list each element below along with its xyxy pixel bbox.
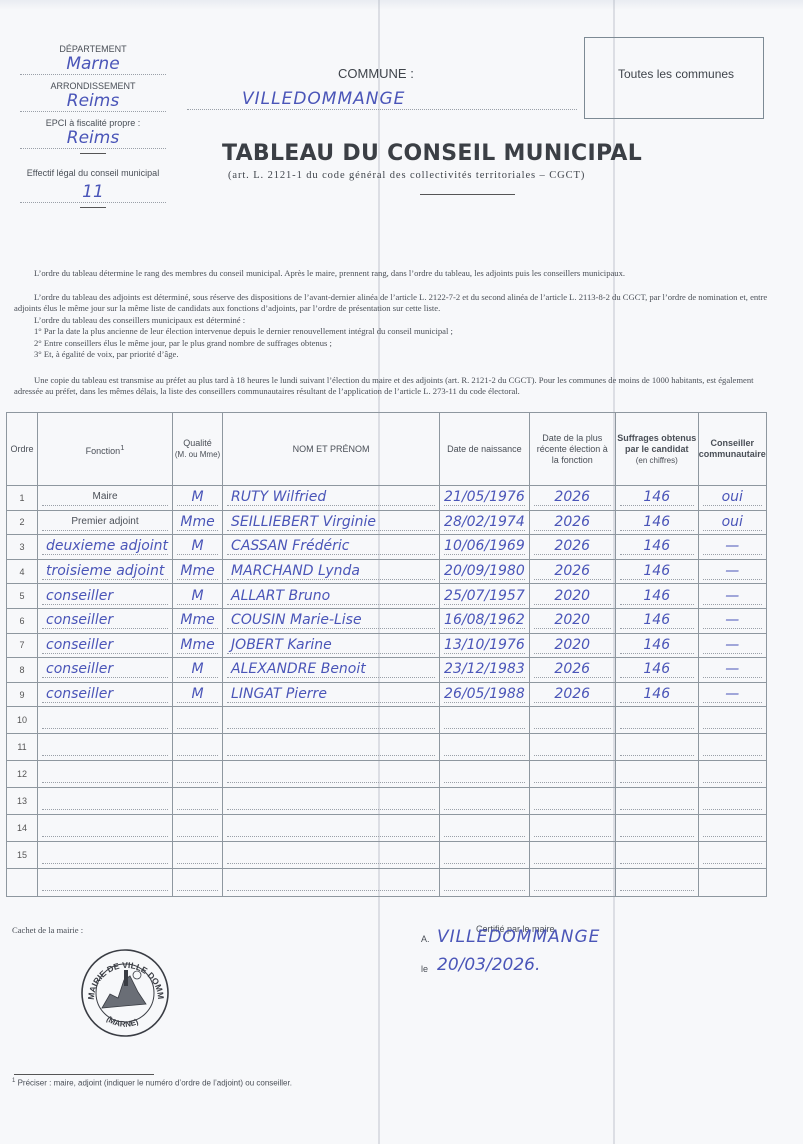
election-field[interactable]: [534, 766, 611, 783]
qualite-field[interactable]: [177, 739, 218, 756]
departement-value[interactable]: Marne: [20, 54, 166, 75]
cell-communautaire: [698, 788, 766, 815]
suffrages-field[interactable]: [620, 820, 694, 837]
commune-type-label: Toutes les communes: [618, 67, 734, 81]
cell-ordre: [7, 869, 38, 897]
cell-election: 2026: [529, 535, 615, 560]
cell-nom: [223, 761, 440, 788]
cell-qualite: M: [173, 682, 223, 707]
fonction-value[interactable]: conseiller: [42, 686, 168, 703]
cell-communautaire: —: [698, 608, 766, 633]
nom-field[interactable]: [227, 766, 435, 783]
cell-qualite: Mme: [173, 608, 223, 633]
cell-fonction: conseiller: [38, 608, 173, 633]
commune-label: COMMUNE :: [338, 66, 414, 81]
svg-text:(MARNE): (MARNE): [105, 1014, 140, 1029]
naissance-value[interactable]: 10/06/1969: [444, 538, 525, 555]
nom-value[interactable]: ALLART Bruno: [227, 588, 435, 605]
cell-suffrages: 146: [615, 658, 698, 683]
ordre-value: 15: [17, 850, 27, 860]
cell-nom: LINGAT Pierre: [223, 682, 440, 707]
cell-election: [529, 707, 615, 734]
naissance-value[interactable]: 28/02/1974: [444, 514, 525, 531]
naissance-field[interactable]: [444, 793, 525, 810]
footnote-divider: [14, 1074, 154, 1075]
communautaire-field[interactable]: [703, 847, 762, 864]
cell-suffrages: 146: [615, 535, 698, 560]
epci-label: EPCI à fiscalité propre :: [18, 118, 168, 128]
cell-ordre: 7: [7, 633, 38, 658]
suffrages-value[interactable]: 146: [620, 637, 694, 654]
nom-field[interactable]: [227, 847, 435, 864]
communautaire-field[interactable]: [703, 820, 762, 837]
cell-qualite: Mme: [173, 510, 223, 535]
cell-nom: ALEXANDRE Benoit: [223, 658, 440, 683]
rule-item: 1° Par la date la plus ancienne de leur …: [14, 326, 774, 337]
nom-field[interactable]: [227, 820, 435, 837]
suffrages-field[interactable]: [620, 874, 694, 891]
suffrages-field[interactable]: [620, 793, 694, 810]
cell-ordre: 5: [7, 584, 38, 609]
cell-naissance: 26/05/1988: [440, 682, 530, 707]
cell-fonction: [38, 815, 173, 842]
cell-suffrages: [615, 869, 698, 897]
cell-suffrages: [615, 815, 698, 842]
communautaire-field[interactable]: [703, 739, 762, 756]
fonction-field[interactable]: [42, 874, 168, 891]
arrondissement-value[interactable]: Reims: [20, 91, 166, 112]
fonction-value[interactable]: conseiller: [42, 612, 168, 629]
cell-communautaire: [698, 707, 766, 734]
ordre-value: 8: [19, 665, 24, 675]
effectif-value[interactable]: 11: [20, 182, 166, 203]
cell-communautaire: —: [698, 559, 766, 584]
cell-naissance: 10/06/1969: [440, 535, 530, 560]
fonction-value[interactable]: Premier adjoint: [42, 514, 168, 531]
suffrages-field[interactable]: [620, 847, 694, 864]
qualite-field[interactable]: [177, 874, 218, 891]
rule-item: 3° Et, à égalité de voix, par priorité d…: [14, 349, 774, 360]
suffrages-field[interactable]: [620, 766, 694, 783]
cell-naissance: 25/07/1957: [440, 584, 530, 609]
qualite-value[interactable]: M: [177, 686, 218, 703]
naissance-value[interactable]: 26/05/1988: [444, 686, 525, 703]
suffrages-value[interactable]: 146: [620, 661, 694, 678]
cell-qualite: M: [173, 535, 223, 560]
qualite-value[interactable]: M: [177, 661, 218, 678]
cell-suffrages: [615, 707, 698, 734]
council-table: Ordre Fonction1 Qualité(M. ou Mme) NOM E…: [6, 412, 767, 897]
header-fonction: Fonction1: [38, 413, 173, 486]
cell-naissance: [440, 707, 530, 734]
table-row: 15: [7, 842, 767, 869]
qualite-field[interactable]: [177, 793, 218, 810]
election-value[interactable]: 2026: [534, 686, 611, 703]
cell-communautaire: [698, 869, 766, 897]
table-row: 4troisieme adjointMmeMARCHAND Lynda20/09…: [7, 559, 767, 584]
header-suffrages: Suffrages obtenus par le candidat(en chi…: [615, 413, 698, 486]
naissance-field[interactable]: [444, 712, 525, 729]
cell-communautaire: —: [698, 682, 766, 707]
fonction-value[interactable]: conseiller: [42, 588, 168, 605]
header-nom: NOM ET PRÉNOM: [223, 413, 440, 486]
table-row: 6conseillerMmeCOUSIN Marie-Lise16/08/196…: [7, 608, 767, 633]
election-value[interactable]: 2026: [534, 563, 611, 580]
cell-ordre: 10: [7, 707, 38, 734]
suffrages-value[interactable]: 146: [620, 489, 694, 506]
naissance-value[interactable]: 25/07/1957: [444, 588, 525, 605]
cell-qualite: [173, 869, 223, 897]
nom-value[interactable]: ALEXANDRE Benoit: [227, 661, 435, 678]
election-value[interactable]: 2026: [534, 661, 611, 678]
cell-ordre: 2: [7, 510, 38, 535]
cell-election: 2026: [529, 658, 615, 683]
fonction-value[interactable]: deuxieme adjoint: [42, 538, 168, 555]
suffrages-value[interactable]: 146: [620, 588, 694, 605]
fonction-field[interactable]: [42, 712, 168, 729]
cell-naissance: [440, 788, 530, 815]
communautaire-value[interactable]: —: [703, 588, 762, 605]
paragraph-adjoints: L’ordre du tableau des adjoints est déte…: [14, 292, 774, 315]
cell-nom: [223, 869, 440, 897]
paragraph-transmission: Une copie du tableau est transmise au pr…: [14, 375, 774, 398]
cell-election: 2026: [529, 486, 615, 511]
cell-communautaire: —: [698, 584, 766, 609]
cell-ordre: 8: [7, 658, 38, 683]
cell-ordre: 14: [7, 815, 38, 842]
naissance-value[interactable]: 21/05/1976: [444, 489, 525, 506]
ordre-value: 10: [17, 715, 27, 725]
table-row: 2Premier adjointMmeSEILLIEBERT Virginie2…: [7, 510, 767, 535]
instructions-transmission: Une copie du tableau est transmise au pr…: [14, 375, 774, 398]
fonction-field[interactable]: [42, 847, 168, 864]
cell-suffrages: [615, 788, 698, 815]
cell-nom: [223, 815, 440, 842]
footnote: 1 Préciser : maire, adjoint (indiquer le…: [12, 1078, 292, 1088]
cell-qualite: M: [173, 486, 223, 511]
cell-fonction: [38, 761, 173, 788]
election-field[interactable]: [534, 874, 611, 891]
cell-nom: [223, 788, 440, 815]
cell-ordre: 12: [7, 761, 38, 788]
cell-naissance: 21/05/1976: [440, 486, 530, 511]
cell-nom: [223, 842, 440, 869]
qualite-value[interactable]: Mme: [177, 612, 218, 629]
suffrages-value[interactable]: 146: [620, 612, 694, 629]
cell-fonction: Premier adjoint: [38, 510, 173, 535]
a-label: A.: [421, 934, 430, 944]
nom-value[interactable]: LINGAT Pierre: [227, 686, 435, 703]
nom-field[interactable]: [227, 739, 435, 756]
cell-naissance: [440, 734, 530, 761]
qualite-value[interactable]: M: [177, 588, 218, 605]
cell-naissance: [440, 842, 530, 869]
cell-qualite: [173, 815, 223, 842]
naissance-value[interactable]: 16/08/1962: [444, 612, 525, 629]
naissance-field[interactable]: [444, 766, 525, 783]
suffrages-value[interactable]: 146: [620, 514, 694, 531]
cell-qualite: [173, 707, 223, 734]
cell-ordre: 15: [7, 842, 38, 869]
cell-ordre: 11: [7, 734, 38, 761]
cell-fonction: troisieme adjoint: [38, 559, 173, 584]
qualite-value[interactable]: Mme: [177, 563, 218, 580]
cell-fonction: conseiller: [38, 658, 173, 683]
nom-value[interactable]: MARCHAND Lynda: [227, 563, 435, 580]
divider: [80, 207, 106, 208]
qualite-field[interactable]: [177, 820, 218, 837]
table-row: 13: [7, 788, 767, 815]
cell-suffrages: 146: [615, 633, 698, 658]
communautaire-field[interactable]: [703, 766, 762, 783]
epci-value[interactable]: Reims: [20, 128, 166, 149]
communautaire-value[interactable]: —: [703, 661, 762, 678]
table-row: 10: [7, 707, 767, 734]
header-election: Date de la plus récente élection à la fo…: [529, 413, 615, 486]
communautaire-value[interactable]: —: [703, 612, 762, 629]
cell-communautaire: —: [698, 535, 766, 560]
suffrages-value[interactable]: 146: [620, 563, 694, 580]
ordre-value: 12: [17, 769, 27, 779]
cell-suffrages: [615, 734, 698, 761]
effectif-label: Effectif légal du conseil municipal: [18, 168, 168, 178]
suffrages-value[interactable]: 146: [620, 686, 694, 703]
cell-ordre: 13: [7, 788, 38, 815]
ordre-value: 7: [19, 640, 24, 650]
cell-fonction: [38, 707, 173, 734]
cell-communautaire: —: [698, 658, 766, 683]
qualite-field[interactable]: [177, 847, 218, 864]
nom-value[interactable]: SEILLIEBERT Virginie: [227, 514, 435, 531]
cell-qualite: [173, 842, 223, 869]
suffrages-value[interactable]: 146: [620, 538, 694, 555]
commune-type-box: Toutes les communes: [584, 37, 764, 119]
cell-naissance: 16/08/1962: [440, 608, 530, 633]
table-row: 7conseillerMmeJOBERT Karine13/10/1976202…: [7, 633, 767, 658]
ordre-value: 14: [17, 823, 27, 833]
table-row: 11: [7, 734, 767, 761]
cell-communautaire: —: [698, 633, 766, 658]
election-field[interactable]: [534, 793, 611, 810]
cell-election: 2026: [529, 559, 615, 584]
header-communautaire: Conseiller communautaire: [698, 413, 766, 486]
cell-election: 2020: [529, 633, 615, 658]
cell-qualite: [173, 788, 223, 815]
header-naissance: Date de naissance: [440, 413, 530, 486]
cell-election: 2026: [529, 510, 615, 535]
cell-fonction: conseiller: [38, 633, 173, 658]
cell-nom: CASSAN Frédéric: [223, 535, 440, 560]
election-value[interactable]: 2026: [534, 514, 611, 531]
cell-communautaire: [698, 761, 766, 788]
cell-naissance: 28/02/1974: [440, 510, 530, 535]
cell-election: 2020: [529, 584, 615, 609]
fonction-field[interactable]: [42, 766, 168, 783]
suffrages-field[interactable]: [620, 712, 694, 729]
paragraph-order: L’ordre du tableau détermine le rang des…: [14, 268, 774, 279]
cell-ordre: 4: [7, 559, 38, 584]
scan-edge: [0, 0, 803, 10]
certified-date[interactable]: 20/03/2026.: [437, 955, 540, 975]
communautaire-value[interactable]: oui: [703, 514, 762, 531]
cell-nom: RUTY Wilfried: [223, 486, 440, 511]
election-value[interactable]: 2020: [534, 637, 611, 654]
nom-value[interactable]: COUSIN Marie-Lise: [227, 612, 435, 629]
cell-naissance: 20/09/1980: [440, 559, 530, 584]
ordre-value: 3: [19, 542, 24, 552]
communautaire-value[interactable]: —: [703, 637, 762, 654]
cell-fonction: Maire: [38, 486, 173, 511]
cell-election: [529, 842, 615, 869]
cell-election: 2026: [529, 682, 615, 707]
page-subtitle: (art. L. 2121-1 du code général des coll…: [228, 170, 585, 181]
cell-fonction: [38, 788, 173, 815]
page-title: TABLEAU DU CONSEIL MUNICIPAL: [222, 141, 642, 166]
table-row: 9conseillerMLINGAT Pierre26/05/198820261…: [7, 682, 767, 707]
commune-field[interactable]: VILLEDOMMANGE: [187, 89, 577, 110]
ordre-value: 9: [19, 690, 24, 700]
naissance-field[interactable]: [444, 739, 525, 756]
cell-election: [529, 734, 615, 761]
communautaire-field[interactable]: [703, 793, 762, 810]
communautaire-field[interactable]: [703, 712, 762, 729]
table-row: 12: [7, 761, 767, 788]
fonction-value[interactable]: conseiller: [42, 637, 168, 654]
cell-communautaire: oui: [698, 510, 766, 535]
cell-ordre: 6: [7, 608, 38, 633]
election-value[interactable]: 2026: [534, 538, 611, 555]
ordre-value: 1: [19, 493, 24, 503]
cell-nom: [223, 734, 440, 761]
cell-qualite: M: [173, 658, 223, 683]
naissance-field[interactable]: [444, 874, 525, 891]
suffrages-field[interactable]: [620, 739, 694, 756]
election-field[interactable]: [534, 739, 611, 756]
table-header-row: Ordre Fonction1 Qualité(M. ou Mme) NOM E…: [7, 413, 767, 486]
naissance-value[interactable]: 13/10/1976: [444, 637, 525, 654]
instructions-adjoints: L’ordre du tableau des adjoints est déte…: [14, 292, 774, 360]
ordre-value: 4: [19, 567, 24, 577]
fonction-field[interactable]: [42, 793, 168, 810]
header-qualite: Qualité(M. ou Mme): [173, 413, 223, 486]
nom-value[interactable]: JOBERT Karine: [227, 637, 435, 654]
fonction-value[interactable]: Maire: [42, 489, 168, 506]
cell-election: [529, 788, 615, 815]
naissance-field[interactable]: [444, 847, 525, 864]
header-ordre: Ordre: [7, 413, 38, 486]
fonction-value[interactable]: conseiller: [42, 661, 168, 678]
cell-election: [529, 761, 615, 788]
cachet-label: Cachet de la mairie :: [12, 925, 83, 935]
cell-suffrages: 146: [615, 559, 698, 584]
cell-naissance: [440, 815, 530, 842]
cell-fonction: [38, 869, 173, 897]
paragraph-conseillers: L’ordre du tableau des conseillers munic…: [14, 315, 774, 326]
communautaire-value[interactable]: oui: [703, 489, 762, 506]
qualite-field[interactable]: [177, 766, 218, 783]
election-value[interactable]: 2020: [534, 588, 611, 605]
cell-suffrages: [615, 761, 698, 788]
cell-nom: JOBERT Karine: [223, 633, 440, 658]
cell-communautaire: oui: [698, 486, 766, 511]
cell-nom: ALLART Bruno: [223, 584, 440, 609]
cell-suffrages: 146: [615, 682, 698, 707]
cell-election: [529, 869, 615, 897]
fonction-field[interactable]: [42, 739, 168, 756]
qualite-value[interactable]: Mme: [177, 514, 218, 531]
nom-value[interactable]: CASSAN Frédéric: [227, 538, 435, 555]
le-label: le: [421, 964, 428, 974]
cell-ordre: 9: [7, 682, 38, 707]
nom-field[interactable]: [227, 793, 435, 810]
cell-suffrages: 146: [615, 510, 698, 535]
instructions: L’ordre du tableau détermine le rang des…: [14, 268, 774, 279]
nom-field[interactable]: [227, 874, 435, 891]
election-value[interactable]: 2026: [534, 489, 611, 506]
table-row: 1MaireMRUTY Wilfried21/05/19762026146oui: [7, 486, 767, 511]
election-field[interactable]: [534, 820, 611, 837]
ordre-value: 13: [17, 796, 27, 806]
naissance-field[interactable]: [444, 820, 525, 837]
election-field[interactable]: [534, 712, 611, 729]
table-row: 14: [7, 815, 767, 842]
cell-communautaire: [698, 842, 766, 869]
cell-election: [529, 815, 615, 842]
cell-ordre: 1: [7, 486, 38, 511]
cell-suffrages: 146: [615, 584, 698, 609]
ordre-value: 11: [17, 742, 26, 752]
nom-value[interactable]: RUTY Wilfried: [227, 489, 435, 506]
cell-nom: MARCHAND Lynda: [223, 559, 440, 584]
cell-suffrages: 146: [615, 608, 698, 633]
qualite-value[interactable]: Mme: [177, 637, 218, 654]
cell-fonction: conseiller: [38, 682, 173, 707]
cell-qualite: M: [173, 584, 223, 609]
cell-ordre: 3: [7, 535, 38, 560]
cell-fonction: conseiller: [38, 584, 173, 609]
communautaire-value[interactable]: —: [703, 563, 762, 580]
cell-fonction: [38, 842, 173, 869]
cell-nom: COUSIN Marie-Lise: [223, 608, 440, 633]
cell-fonction: deuxieme adjoint: [38, 535, 173, 560]
arrondissement-label: ARRONDISSEMENT: [18, 81, 168, 91]
communautaire-value[interactable]: —: [703, 686, 762, 703]
naissance-value[interactable]: 23/12/1983: [444, 661, 525, 678]
nom-field[interactable]: [227, 712, 435, 729]
cell-suffrages: 146: [615, 486, 698, 511]
administrative-info: DÉPARTEMENT Marne ARRONDISSEMENT Reims E…: [18, 44, 168, 216]
cell-communautaire: [698, 815, 766, 842]
communautaire-value[interactable]: —: [703, 538, 762, 555]
election-field[interactable]: [534, 847, 611, 864]
qualite-value[interactable]: M: [177, 538, 218, 555]
cell-fonction: [38, 734, 173, 761]
naissance-value[interactable]: 20/09/1980: [444, 563, 525, 580]
qualite-value[interactable]: M: [177, 489, 218, 506]
cell-nom: SEILLIEBERT Virginie: [223, 510, 440, 535]
ordre-value: 2: [19, 517, 24, 527]
cell-naissance: [440, 869, 530, 897]
election-value[interactable]: 2020: [534, 612, 611, 629]
cell-qualite: [173, 734, 223, 761]
cell-election: 2020: [529, 608, 615, 633]
certified-place[interactable]: VILLEDOMMANGE: [437, 927, 600, 947]
departement-label: DÉPARTEMENT: [18, 44, 168, 54]
fonction-value[interactable]: troisieme adjoint: [42, 563, 168, 580]
divider: [80, 153, 106, 154]
fonction-field[interactable]: [42, 820, 168, 837]
qualite-field[interactable]: [177, 712, 218, 729]
